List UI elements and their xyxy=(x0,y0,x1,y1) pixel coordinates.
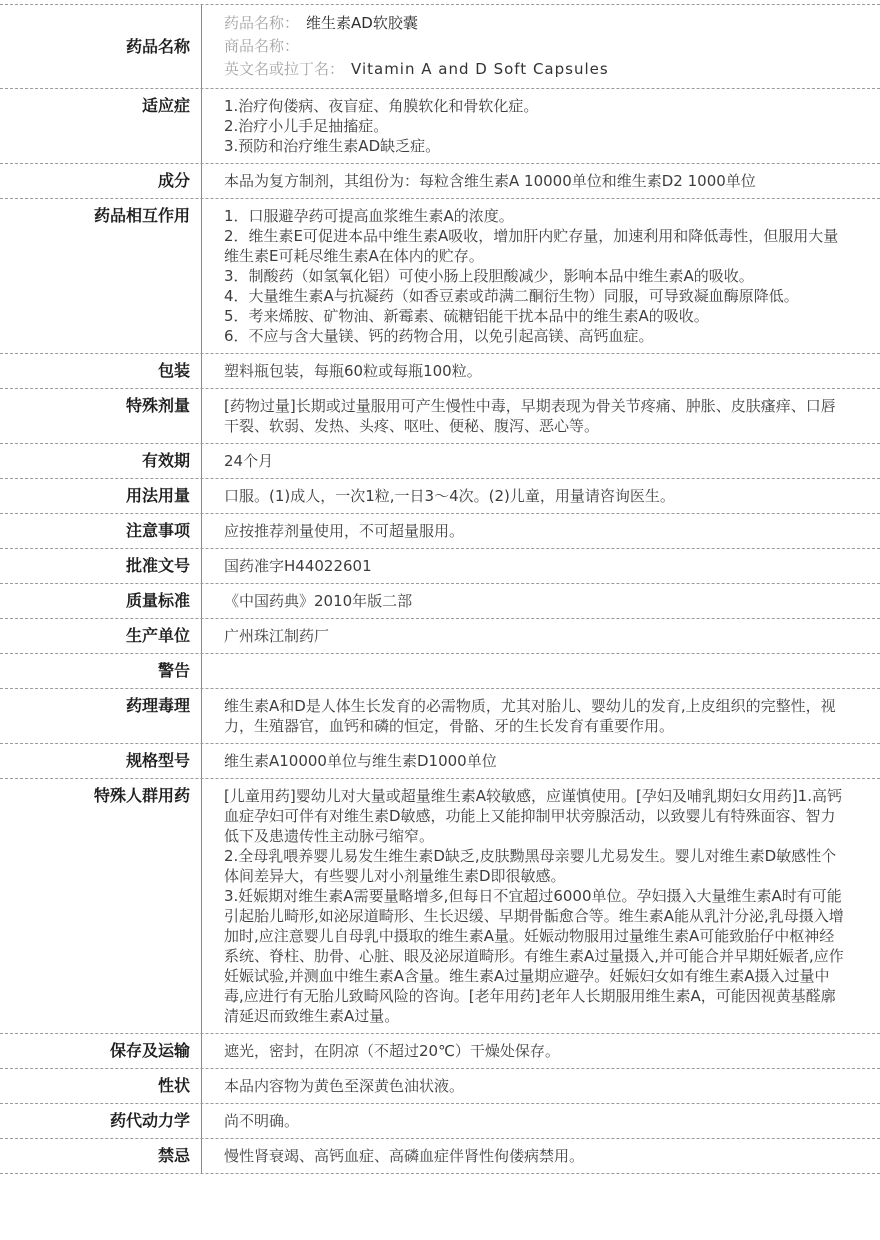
content-paragraph: 广州珠江制药厂 xyxy=(224,626,844,646)
content-paragraph: 5．考来烯胺、矿物油、新霉素、硫糖铝能干扰本品中的维生素A的吸收。 xyxy=(224,306,844,326)
field-label: 药品名称： xyxy=(224,14,299,32)
row-label-cell: 药品名称 xyxy=(0,5,201,88)
row-label: 保存及运输 xyxy=(110,1041,190,1060)
table-row: 药品相互作用 1．口服避孕药可提高血浆维生素A的浓度。2．维生素E可促进本品中维… xyxy=(0,199,880,354)
content-paragraph: [药物过量]长期或过量服用可产生慢性中毒，早期表现为骨关节疼痛、肿胀、皮肤瘙痒、… xyxy=(224,396,844,436)
row-label-cell: 适应症 xyxy=(0,89,201,163)
row-content-cell: 慢性肾衰竭、高钙血症、高磷血症伴肾性佝偻病禁用。 xyxy=(201,1139,880,1173)
row-label-cell: 规格型号 xyxy=(0,744,201,778)
row-content-cell: 《中国药典》2010年版二部 xyxy=(201,584,880,618)
content-paragraph: [儿童用药]婴幼儿对大量或超量维生素A较敏感，应谨慎使用。[孕妇及哺乳期妇女用药… xyxy=(224,786,844,846)
field-label: 英文名或拉丁名： xyxy=(224,60,344,78)
row-content-cell: 1．口服避孕药可提高血浆维生素A的浓度。2．维生素E可促进本品中维生素A吸收，增… xyxy=(201,199,880,353)
content-paragraph: 3.妊娠期对维生素A需要量略增多,但每日不宜超过6000单位。孕妇摄入大量维生素… xyxy=(224,886,844,1026)
row-content-cell: 药品名称：维生素AD软胶囊商品名称：英文名或拉丁名：Vitamin A and … xyxy=(201,5,880,88)
row-content-cell: 塑料瓶包装，每瓶60粒或每瓶100粒。 xyxy=(201,354,880,388)
row-content-cell: 1.治疗佝偻病、夜盲症、角膜软化和骨软化症。2.治疗小儿手足抽搐症。3.预防和治… xyxy=(201,89,880,163)
content-paragraph: 慢性肾衰竭、高钙血症、高磷血症伴肾性佝偻病禁用。 xyxy=(224,1146,844,1166)
row-label-cell: 药代动力学 xyxy=(0,1104,201,1138)
table-row: 药品名称 药品名称：维生素AD软胶囊商品名称：英文名或拉丁名：Vitamin A… xyxy=(0,5,880,89)
row-content-cell: 24个月 xyxy=(201,444,880,478)
content-paragraph: 24个月 xyxy=(224,451,844,471)
name-field-line: 药品名称：维生素AD软胶囊 xyxy=(224,12,844,35)
row-label: 药理毒理 xyxy=(126,696,190,715)
drug-info-table: 药品名称 药品名称：维生素AD软胶囊商品名称：英文名或拉丁名：Vitamin A… xyxy=(0,4,880,1174)
row-label-cell: 特殊人群用药 xyxy=(0,779,201,1033)
table-row: 特殊剂量 [药物过量]长期或过量服用可产生慢性中毒，早期表现为骨关节疼痛、肿胀、… xyxy=(0,389,880,444)
row-content-cell: 本品为复方制剂，其组份为：每粒含维生素A 10000单位和维生素D2 1000单… xyxy=(201,164,880,198)
row-content-cell: 维生素A10000单位与维生素D1000单位 xyxy=(201,744,880,778)
content-paragraph: 6．不应与含大量镁、钙的药物合用，以免引起高镁、高钙血症。 xyxy=(224,326,844,346)
table-row: 注意事项 应按推荐剂量使用，不可超量服用。 xyxy=(0,514,880,549)
content-paragraph: 国药准字H44022601 xyxy=(224,556,844,576)
row-label: 注意事项 xyxy=(126,521,190,540)
table-row: 特殊人群用药 [儿童用药]婴幼儿对大量或超量维生素A较敏感，应谨慎使用。[孕妇及… xyxy=(0,779,880,1034)
row-label: 特殊人群用药 xyxy=(94,786,190,805)
row-content-cell: 遮光，密封，在阴凉（不超过20℃）干燥处保存。 xyxy=(201,1034,880,1068)
drug-info-page: 药品名称 药品名称：维生素AD软胶囊商品名称：英文名或拉丁名：Vitamin A… xyxy=(0,0,880,1240)
field-value: 维生素AD软胶囊 xyxy=(306,14,418,32)
row-content-cell: 口服。(1)成人，一次1粒,一日3～4次。(2)儿童，用量请咨询医生。 xyxy=(201,479,880,513)
content-paragraph: 2．维生素E可促进本品中维生素A吸收，增加肝内贮存量，加速利用和降低毒性，但服用… xyxy=(224,226,844,266)
table-row: 规格型号 维生素A10000单位与维生素D1000单位 xyxy=(0,744,880,779)
table-row: 质量标准 《中国药典》2010年版二部 xyxy=(0,584,880,619)
row-label-cell: 性状 xyxy=(0,1069,201,1103)
content-paragraph: 维生素A和D是人体生长发育的必需物质，尤其对胎儿、婴幼儿的发育,上皮组织的完整性… xyxy=(224,696,844,736)
table-row: 警告 xyxy=(0,654,880,689)
content-paragraph: 本品内容物为黄色至深黄色油状液。 xyxy=(224,1076,844,1096)
row-content-cell: 国药准字H44022601 xyxy=(201,549,880,583)
content-paragraph: 2.治疗小儿手足抽搐症。 xyxy=(224,116,844,136)
row-label-cell: 药理毒理 xyxy=(0,689,201,743)
table-row: 生产单位 广州珠江制药厂 xyxy=(0,619,880,654)
table-row: 包装 塑料瓶包装，每瓶60粒或每瓶100粒。 xyxy=(0,354,880,389)
content-paragraph: 1.治疗佝偻病、夜盲症、角膜软化和骨软化症。 xyxy=(224,96,844,116)
field-label: 商品名称： xyxy=(224,37,299,55)
table-row: 有效期 24个月 xyxy=(0,444,880,479)
row-label-cell: 注意事项 xyxy=(0,514,201,548)
content-paragraph: 2.全母乳喂养婴儿易发生维生素D缺乏,皮肤黝黑母亲婴儿尤易发生。婴儿对维生素D敏… xyxy=(224,846,844,886)
content-paragraph: 口服。(1)成人，一次1粒,一日3～4次。(2)儿童，用量请咨询医生。 xyxy=(224,486,844,506)
row-label: 警告 xyxy=(158,661,190,680)
content-paragraph: 《中国药典》2010年版二部 xyxy=(224,591,844,611)
table-row: 成分 本品为复方制剂，其组份为：每粒含维生素A 10000单位和维生素D2 10… xyxy=(0,164,880,199)
name-field-line: 英文名或拉丁名：Vitamin A and D Soft Capsules xyxy=(224,58,844,81)
row-label-cell: 用法用量 xyxy=(0,479,201,513)
row-label: 性状 xyxy=(158,1076,190,1095)
table-row: 批准文号 国药准字H44022601 xyxy=(0,549,880,584)
row-label: 有效期 xyxy=(142,451,190,470)
row-label-cell: 保存及运输 xyxy=(0,1034,201,1068)
row-label: 特殊剂量 xyxy=(126,396,190,415)
name-field-line: 商品名称： xyxy=(224,35,844,58)
row-label-cell: 禁忌 xyxy=(0,1139,201,1173)
row-label-cell: 药品相互作用 xyxy=(0,199,201,353)
content-paragraph: 应按推荐剂量使用，不可超量服用。 xyxy=(224,521,844,541)
content-paragraph: 3.预防和治疗维生素AD缺乏症。 xyxy=(224,136,844,156)
table-row: 药理毒理 维生素A和D是人体生长发育的必需物质，尤其对胎儿、婴幼儿的发育,上皮组… xyxy=(0,689,880,744)
row-label-cell: 生产单位 xyxy=(0,619,201,653)
row-label: 药代动力学 xyxy=(110,1111,190,1130)
content-paragraph: 塑料瓶包装，每瓶60粒或每瓶100粒。 xyxy=(224,361,844,381)
content-paragraph: 本品为复方制剂，其组份为：每粒含维生素A 10000单位和维生素D2 1000单… xyxy=(224,171,844,191)
content-paragraph: 维生素A10000单位与维生素D1000单位 xyxy=(224,751,844,771)
row-label: 批准文号 xyxy=(126,556,190,575)
row-label-cell: 警告 xyxy=(0,654,201,688)
content-paragraph: 遮光，密封，在阴凉（不超过20℃）干燥处保存。 xyxy=(224,1041,844,1061)
content-paragraph: 3．制酸药（如氢氧化铝）可使小肠上段胆酸减少，影响本品中维生素A的吸收。 xyxy=(224,266,844,286)
table-row: 适应症 1.治疗佝偻病、夜盲症、角膜软化和骨软化症。2.治疗小儿手足抽搐症。3.… xyxy=(0,89,880,164)
field-value: Vitamin A and D Soft Capsules xyxy=(351,60,609,78)
row-content-cell: 广州珠江制药厂 xyxy=(201,619,880,653)
row-label-cell: 包装 xyxy=(0,354,201,388)
row-label: 规格型号 xyxy=(126,751,190,770)
table-row: 性状 本品内容物为黄色至深黄色油状液。 xyxy=(0,1069,880,1104)
row-label: 用法用量 xyxy=(126,486,190,505)
table-row: 保存及运输 遮光，密封，在阴凉（不超过20℃）干燥处保存。 xyxy=(0,1034,880,1069)
row-label-cell: 特殊剂量 xyxy=(0,389,201,443)
table-row: 禁忌 慢性肾衰竭、高钙血症、高磷血症伴肾性佝偻病禁用。 xyxy=(0,1139,880,1174)
row-content-cell: [药物过量]长期或过量服用可产生慢性中毒，早期表现为骨关节疼痛、肿胀、皮肤瘙痒、… xyxy=(201,389,880,443)
row-label: 药品名称 xyxy=(126,37,190,57)
row-content-cell: [儿童用药]婴幼儿对大量或超量维生素A较敏感，应谨慎使用。[孕妇及哺乳期妇女用药… xyxy=(201,779,880,1033)
content-paragraph: 4．大量维生素A与抗凝药（如香豆素或茚满二酮衍生物）同服，可导致凝血酶原降低。 xyxy=(224,286,844,306)
content-paragraph: 1．口服避孕药可提高血浆维生素A的浓度。 xyxy=(224,206,844,226)
table-row: 用法用量 口服。(1)成人，一次1粒,一日3～4次。(2)儿童，用量请咨询医生。 xyxy=(0,479,880,514)
row-content-cell: 维生素A和D是人体生长发育的必需物质，尤其对胎儿、婴幼儿的发育,上皮组织的完整性… xyxy=(201,689,880,743)
row-content-cell: 尚不明确。 xyxy=(201,1104,880,1138)
table-row: 药代动力学 尚不明确。 xyxy=(0,1104,880,1139)
row-label-cell: 质量标准 xyxy=(0,584,201,618)
row-label-cell: 有效期 xyxy=(0,444,201,478)
row-label-cell: 批准文号 xyxy=(0,549,201,583)
row-label: 适应症 xyxy=(142,96,190,115)
row-label: 生产单位 xyxy=(126,626,190,645)
row-content-cell: 应按推荐剂量使用，不可超量服用。 xyxy=(201,514,880,548)
content-paragraph: 尚不明确。 xyxy=(224,1111,844,1131)
row-label: 禁忌 xyxy=(158,1146,190,1165)
row-content-cell xyxy=(201,654,880,688)
row-label-cell: 成分 xyxy=(0,164,201,198)
row-label: 成分 xyxy=(158,171,190,190)
row-label: 质量标准 xyxy=(126,591,190,610)
row-content-cell: 本品内容物为黄色至深黄色油状液。 xyxy=(201,1069,880,1103)
content-paragraph xyxy=(224,661,844,681)
row-label: 包装 xyxy=(158,361,190,380)
row-label: 药品相互作用 xyxy=(94,206,190,225)
